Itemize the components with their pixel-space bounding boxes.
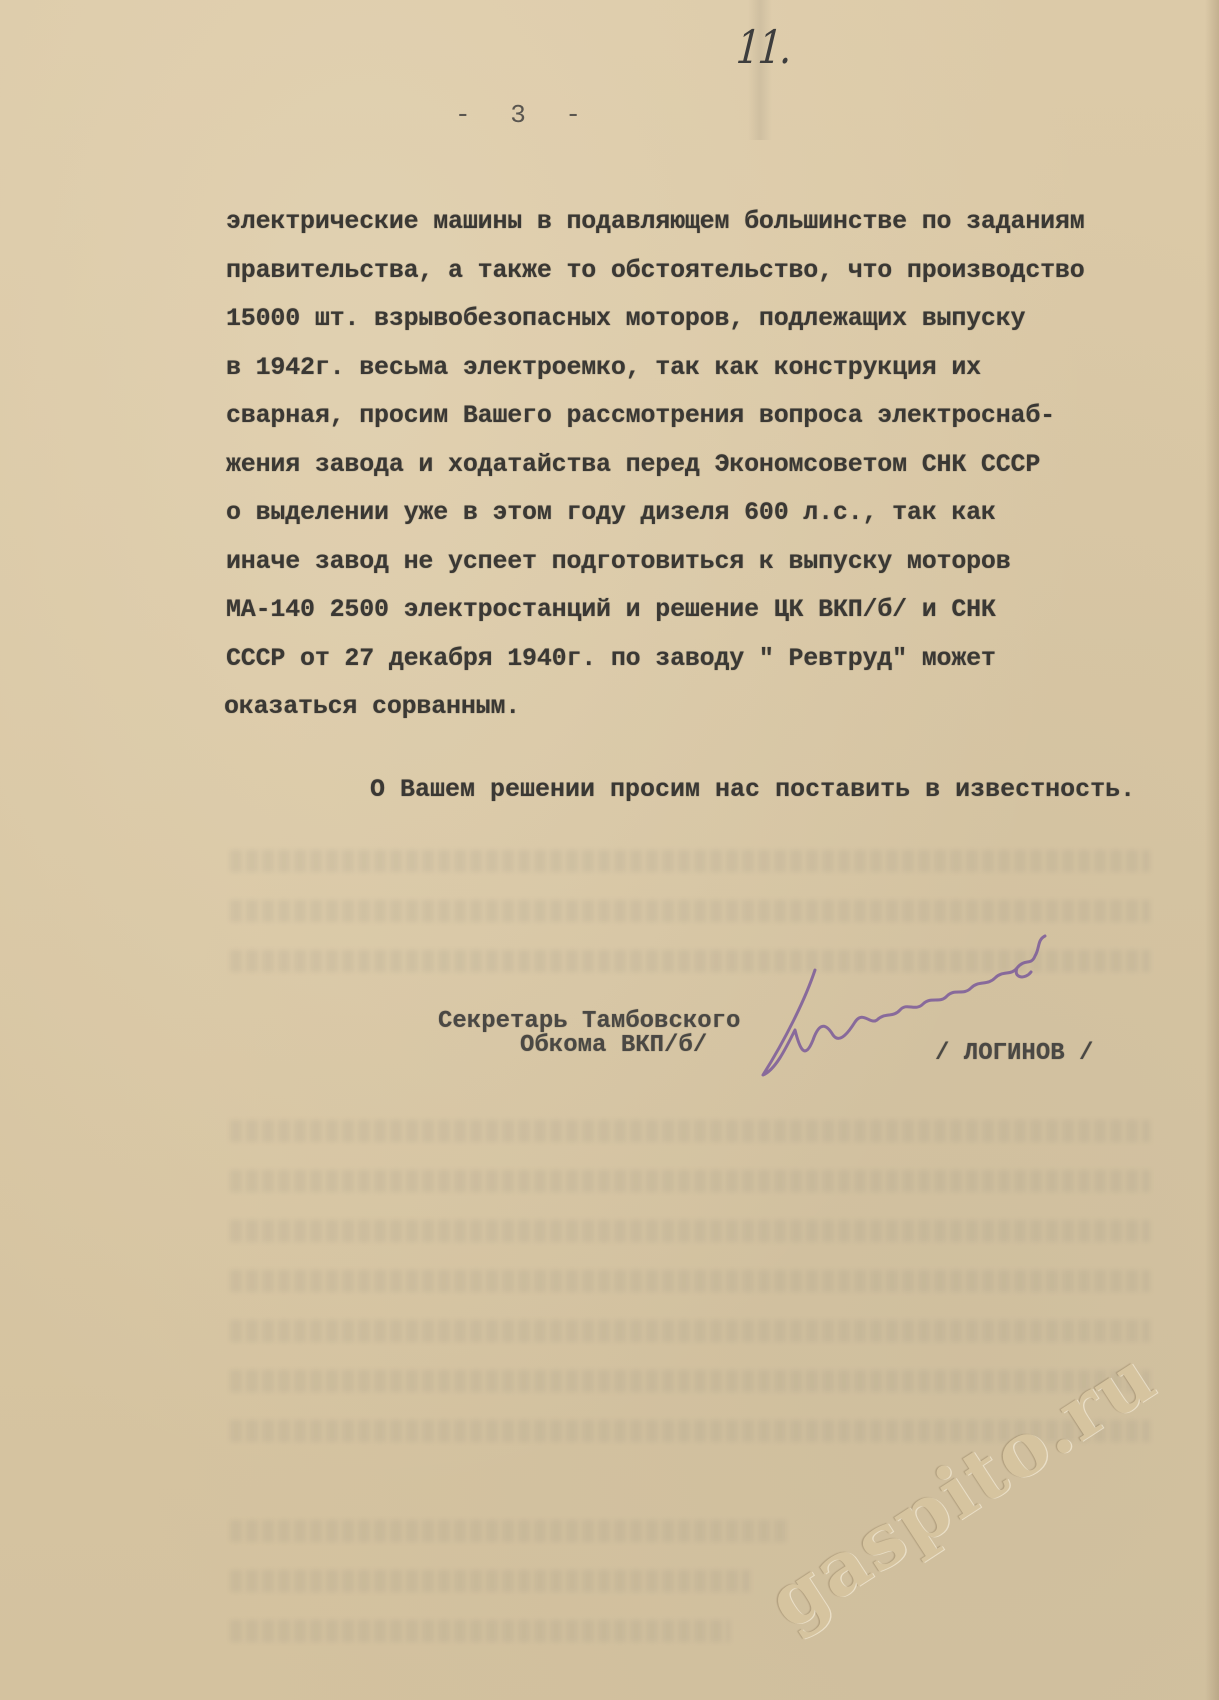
document-page: 11. - 3 - электрические машины в подавля… bbox=[0, 0, 1219, 1700]
closing-sentence: О Вашем решении просим нас поставить в и… bbox=[370, 775, 1135, 804]
signatory-name: / ЛОГИНОВ / bbox=[935, 1040, 1093, 1067]
bleed-through bbox=[230, 1570, 750, 1592]
bleed-through bbox=[230, 1220, 1150, 1242]
body-line: оказаться сорванным. bbox=[224, 683, 1216, 732]
body-line: электрические машины в подавляющем больш… bbox=[226, 198, 1216, 247]
body-line: СССР от 27 декабря 1940г. по заводу " Ре… bbox=[226, 635, 1216, 684]
page-number: - 3 - bbox=[455, 100, 593, 130]
body-line: в 1942г. весьма электроемко, так как кон… bbox=[226, 344, 1216, 393]
bleed-through bbox=[230, 1120, 1150, 1142]
bleed-through bbox=[230, 1270, 1150, 1292]
bleed-through bbox=[230, 1620, 730, 1642]
bleed-through bbox=[230, 1370, 1150, 1392]
bleed-through bbox=[230, 1520, 790, 1542]
signatory-title-line2: Обкома ВКП/б/ bbox=[520, 1034, 740, 1058]
signatory-title-line1: Секретарь Тамбовского bbox=[438, 1008, 740, 1035]
bleed-through bbox=[230, 1170, 1150, 1192]
body-line: жения завода и ходатайства перед Экономс… bbox=[226, 441, 1216, 490]
body-line: иначе завод не успеет подготовиться к вы… bbox=[226, 538, 1216, 587]
signatory-title: Секретарь Тамбовского Обкома ВКП/б/ bbox=[438, 1010, 740, 1058]
bleed-through bbox=[230, 900, 1150, 922]
body-line: правительства, а также то обстоятельство… bbox=[226, 247, 1216, 296]
body-paragraph: электрические машины в подавляющем больш… bbox=[226, 198, 1216, 732]
bleed-through bbox=[230, 850, 1150, 872]
body-line: сварная, просим Вашего рассмотрения вопр… bbox=[226, 392, 1216, 441]
folio-number: 11. bbox=[734, 20, 792, 74]
body-line: о выделении уже в этом году дизеля 600 л… bbox=[226, 489, 1216, 538]
body-line: 15000 шт. взрывобезопасных моторов, подл… bbox=[226, 295, 1216, 344]
bleed-through bbox=[230, 1320, 1150, 1342]
body-line: МА-140 2500 электростанций и решение ЦК … bbox=[226, 586, 1216, 635]
